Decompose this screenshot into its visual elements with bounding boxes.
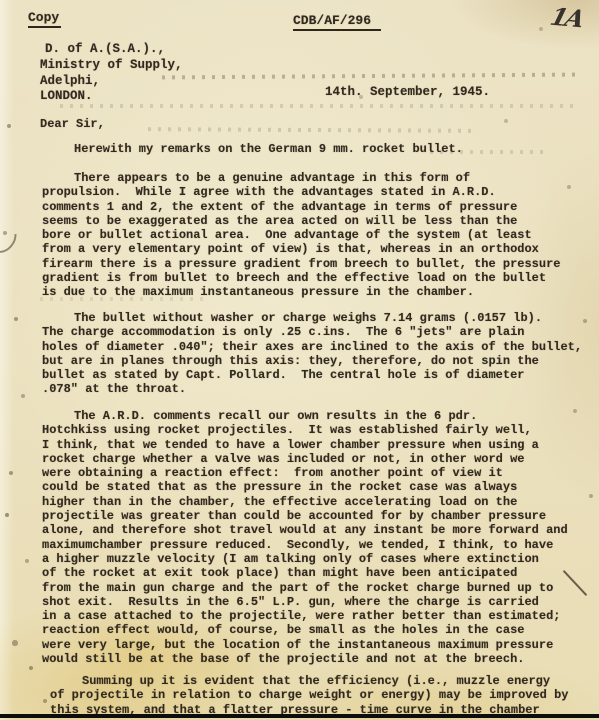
address-line: Ministry of Supply, — [40, 58, 183, 74]
page-mark-handwritten: 1A — [547, 2, 586, 33]
letter-line: holes of diameter .040"; their axes are … — [42, 340, 582, 354]
address-line: LONDON. — [40, 89, 183, 105]
paragraph-opening: Herewith my remarks on the German 9 mm. … — [42, 142, 463, 156]
recipient-address: D. of A.(S.A.)., Ministry of Supply, Ade… — [40, 42, 183, 105]
letter-line: of the rocket at exit took place) than m… — [42, 566, 568, 580]
scan-edge-bar — [0, 714, 599, 718]
letter-line: propulsion. While I agree with the advan… — [42, 185, 560, 199]
letter-line: from the main gun charge and the part of… — [42, 581, 568, 595]
letter-line: were obtaining a reaction effect: from a… — [42, 466, 568, 480]
letter-line: shot exit. Results in the 6.5" L.P. gun,… — [42, 595, 568, 609]
paragraph-ard-comments: The A.R.D. comments recall our own resul… — [42, 409, 568, 666]
letter-line: reaction effect would, of course, be sma… — [42, 623, 568, 637]
letter-line: were very large, but the location of the… — [42, 638, 568, 652]
letter-line: bullet as stated by Capt. Pollard. The c… — [42, 368, 582, 382]
reference-number: CDB/AF/296 — [293, 13, 381, 31]
letter-line: is due to the maximum instantaneous pres… — [42, 285, 560, 299]
pencil-smudge — [162, 73, 577, 80]
letter-line: seems to be exaggerated as the area acte… — [42, 214, 560, 228]
letter-line: .078" at the throat. — [42, 382, 582, 396]
letter-date: 14th. September, 1945. — [325, 85, 490, 99]
letter-line: gradient is from bullet to breech and th… — [42, 271, 560, 285]
letter-line: bore or bullet actional area. One advant… — [42, 228, 560, 242]
letter-line: The bullet without washer or charge weig… — [42, 311, 582, 325]
letter-line: alone, and therefore shot travel would a… — [42, 523, 568, 537]
letter-line: a higher muzzle velocity (I am talking o… — [42, 552, 568, 566]
scanned-letter-page: Copy CDB/AF/296 1A D. of A.(S.A.)., Mini… — [0, 0, 599, 720]
copy-label: Copy — [28, 10, 61, 28]
letter-line: but are in planes through this axis: the… — [42, 354, 582, 368]
letter-line: of projectile in relation to charge weig… — [50, 688, 568, 702]
letter-line: Herewith my remarks on the German 9 mm. … — [42, 142, 463, 156]
letter-line: rocket charge whether a valve was includ… — [42, 452, 568, 466]
address-line: D. of A.(S.A.)., — [45, 42, 183, 58]
letter-line: from a very elementary point of view) is… — [42, 242, 560, 256]
pen-arc-mark — [0, 220, 22, 257]
letter-line: would still be at the base of the projec… — [42, 652, 568, 666]
letter-line: maximumchamber pressure reduced. Secondl… — [42, 538, 568, 552]
letter-line: Hotchkiss using rocket projectiles. It w… — [42, 423, 568, 437]
letter-line: The A.R.D. comments recall our own resul… — [42, 409, 568, 423]
letter-line: projectile was greater than could be acc… — [42, 509, 568, 523]
paragraph-summing-up: Summing up it is evident that the effici… — [50, 674, 568, 717]
paragraph-advantage: There appears to be a genuine advantage … — [42, 171, 560, 300]
letter-line: comments 1 and 2, the extent of the adva… — [42, 200, 560, 214]
paragraph-bullet-details: The bullet without washer or charge weig… — [42, 311, 582, 397]
letter-line: I think, that we tended to have a lower … — [42, 438, 568, 452]
letter-line: Summing up it is evident that the effici… — [50, 674, 568, 688]
letter-line: could be stated that as the pressure in … — [42, 480, 568, 494]
letter-line: higher than in the chamber, the effectiv… — [42, 495, 568, 509]
pencil-smudge — [148, 127, 478, 133]
letter-line: in a case attached to the projectile, we… — [42, 609, 568, 623]
letter-line: There appears to be a genuine advantage … — [42, 171, 560, 185]
letter-line: The charge accommodation is only .25 c.i… — [42, 325, 582, 339]
letter-line: firearm there is a pressure gradient fro… — [42, 257, 560, 271]
address-line: Adelphi, — [40, 74, 183, 90]
paper-speckles — [0, 0, 2, 2]
salutation: Dear Sir, — [40, 117, 105, 131]
